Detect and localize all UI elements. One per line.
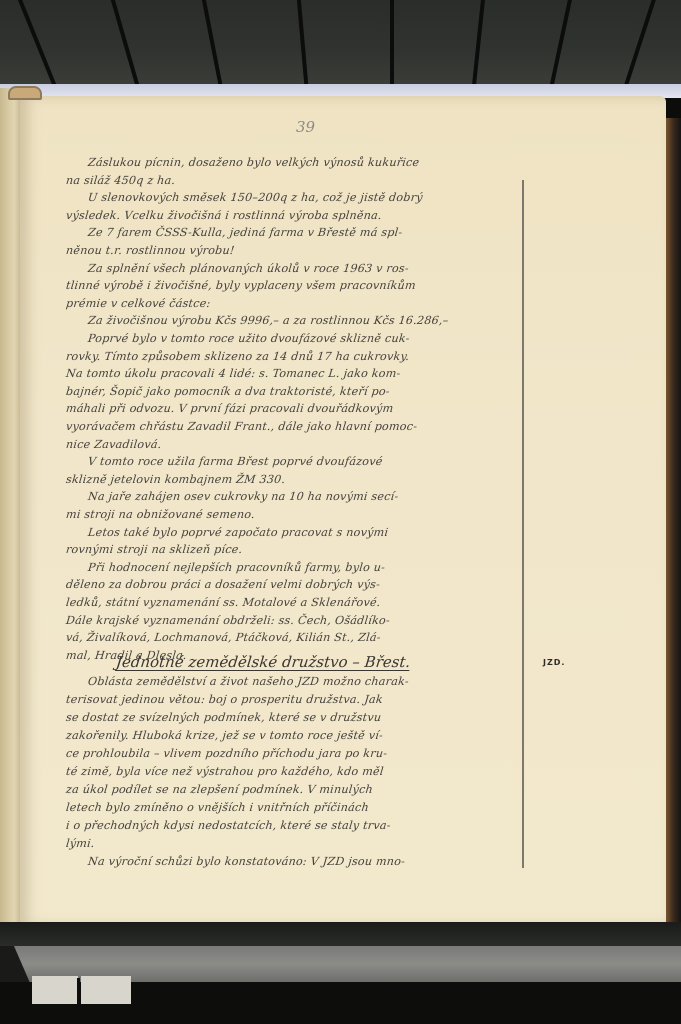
handwritten-line: Záslukou pícnin, dosaženo bylo velkých v… (87, 156, 548, 169)
shelf-marker (77, 978, 80, 1006)
handwritten-line: bajnér, Šopič jako pomocník a dva trakto… (65, 385, 526, 398)
ceiling-background (0, 0, 681, 86)
handwritten-line: mi stroji na obnižované semeno. (65, 508, 526, 521)
handwritten-line: tlinné výrobě i živočišné, byly vyplacen… (65, 279, 526, 292)
handwritten-line: Letos také bylo poprvé započato pracovat… (87, 526, 548, 539)
handwritten-line: vá, Živalíková, Lochmanová, Ptáčková, Ki… (65, 631, 526, 644)
handwritten-line: sklizně jetelovin kombajnem ŽM 330. (65, 473, 526, 486)
handwritten-line: lými. (65, 837, 526, 850)
ceiling-slat (621, 0, 659, 86)
handwritten-line: Při hodnocení nejlepších pracovníků farm… (87, 561, 548, 574)
handwritten-line: zakořenily. Hluboká krize, jež se v tomt… (65, 729, 526, 742)
ceiling-slat (200, 0, 225, 86)
handwritten-line: letech bylo zmíněno o vnějších i vnitřní… (65, 801, 526, 814)
handwritten-line: Za splnění všech plánovaných úkolů v roc… (87, 262, 548, 275)
ceiling-slat (108, 0, 142, 86)
handwritten-line: Dále krajské vyznamenání obdrželi: ss. Č… (65, 614, 526, 627)
handwritten-line: ledků, státní vyznamenání ss. Motalové a… (65, 596, 526, 609)
handwritten-line: rovnými stroji na sklizeň píce. (65, 543, 526, 556)
handwritten-line: na siláž 450q z ha. (65, 174, 526, 187)
book-bottom-shadow (0, 922, 681, 946)
page-clip (8, 86, 42, 100)
handwritten-line: rovky. Tímto způsobem sklizeno za 14 dnů… (65, 350, 526, 363)
ceiling-slat (14, 0, 59, 86)
handwritten-line: děleno za dobrou práci a dosažení velmi … (65, 578, 526, 591)
handwritten-line: Ze 7 farem ČSSS-Kulla, jediná farma v Bř… (87, 226, 548, 239)
handwritten-line: ce prohloubila – vlivem pozdního příchod… (65, 747, 526, 760)
handwritten-line: něnou t.r. rostlinnou výrobu! (65, 244, 526, 257)
handwritten-line: prémie v celkové částce: (65, 297, 526, 310)
handwritten-line: máhali při odvozu. V první fázi pracoval… (65, 402, 526, 415)
handwritten-line: Za živočišnou výrobu Kčs 9996,– a za ros… (87, 314, 548, 327)
ceiling-slat (296, 0, 310, 86)
ceiling-slat (390, 0, 394, 86)
page-number: 39 (296, 118, 315, 136)
handwritten-line: Na výroční schůzi bylo konstatováno: V J… (87, 855, 548, 868)
handwritten-line: Na jaře zahájen osev cukrovky na 10 ha n… (87, 490, 548, 503)
handwritten-line: výsledek. Vcelku živočišná i rostlinná v… (65, 209, 526, 222)
photo-scene: 39 Záslukou pícnin, dosaženo bylo velkýc… (0, 0, 681, 1024)
handwritten-line: i o přechodných kdysi nedostatcích, kter… (65, 819, 526, 832)
shelf-label (32, 976, 78, 1004)
handwritten-line: Poprvé bylo v tomto roce užito dvoufázov… (87, 332, 548, 345)
handwritten-line: nice Zavadilová. (65, 438, 526, 451)
handwritten-line: Na tomto úkolu pracovali 4 lidé: s. Toma… (65, 367, 526, 380)
handwritten-line: se dostat ze svízelných podmínek, které … (65, 711, 526, 724)
handwritten-line: vyorávačem chřástu Zavadil Frant., dále … (65, 420, 526, 433)
margin-note: JZD. (543, 658, 565, 667)
shelf-label (81, 976, 131, 1004)
handwritten-line: Oblásta zemědělství a život našeho JZD m… (87, 675, 548, 688)
ceiling-slat (547, 0, 574, 86)
handwritten-line: V tomto roce užila farma Břest poprvé dv… (87, 455, 548, 468)
ceiling-slat (471, 0, 486, 86)
section-heading: Jednotné zemědělské družstvo – Břest. (115, 653, 411, 671)
handwritten-line: té zimě, byla více než výstrahou pro kaž… (65, 765, 526, 778)
handwritten-line: za úkol podílet se na zlepšení podmínek.… (65, 783, 526, 796)
handwritten-line: U slenovkových směsek 150–200q z ha, což… (87, 191, 548, 204)
handwritten-line: terisovat jedinou větou: boj o prosperit… (65, 693, 526, 706)
